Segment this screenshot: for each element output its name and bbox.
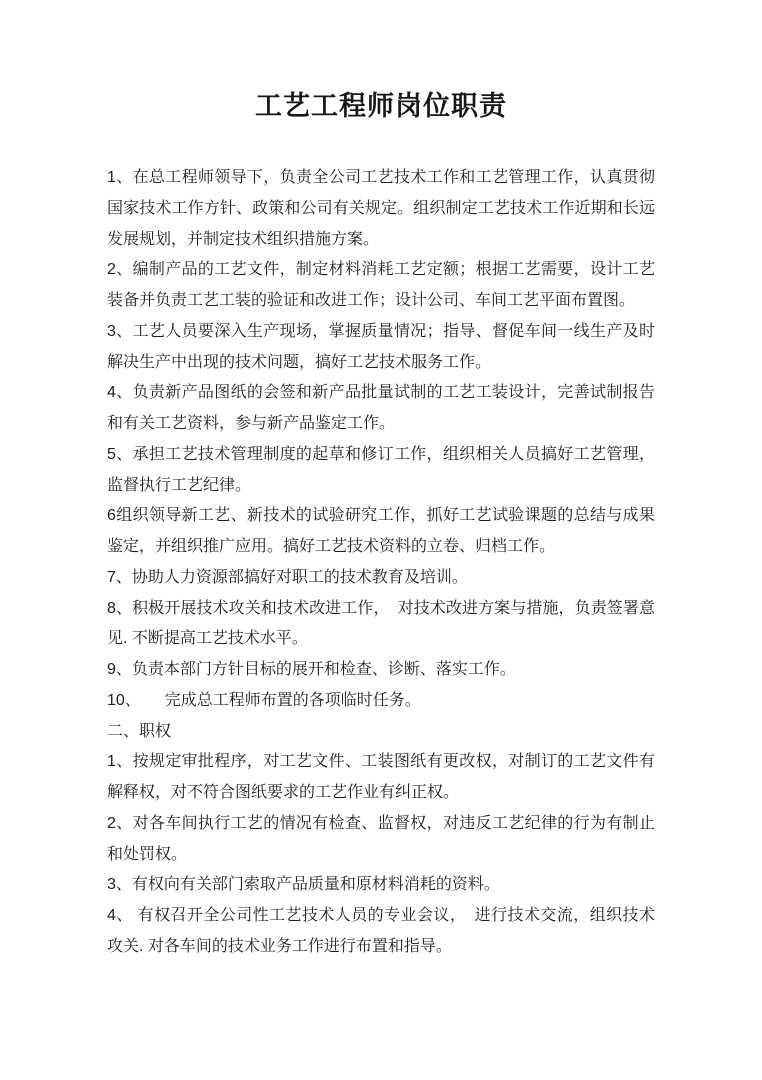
document-body: 1、在总工程师领导下，负责全公司工艺技术工作和工艺管理工作，认真贯彻国家技术工作… [107, 163, 655, 963]
paragraph-authority-3: 3、有权向有关部门索取产品质量和原材料消耗的资料。 [107, 870, 655, 901]
document-page: 工艺工程师岗位职责 1、在总工程师领导下，负责全公司工艺技术工作和工艺管理工作，… [0, 0, 762, 1080]
paragraph-duty-7: 7、协助人力资源部搞好对职工的技术教育及培训。 [107, 563, 655, 594]
section-heading-authority: 二、职权 [107, 717, 655, 748]
paragraph-duty-9: 9、负责本部门方针目标的展开和检查、诊断、落实工作。 [107, 655, 655, 686]
paragraph-authority-2: 2、对各车间执行工艺的情况有检查、监督权，对违反工艺纪律的行为有制止和处罚权。 [107, 809, 655, 871]
paragraph-authority-1: 1、按规定审批程序，对工艺文件、工装图纸有更改权，对制订的工艺文件有解释权，对不… [107, 747, 655, 809]
paragraph-duty-10: 10、 完成总工程师布置的各项临时任务。 [107, 686, 655, 717]
paragraph-duty-3: 3、工艺人员要深入生产现场，掌握质量情况；指导、督促车间一线生产及时解决生产中出… [107, 317, 655, 379]
paragraph-duty-2: 2、编制产品的工艺文件，制定材料消耗工艺定额；根据工艺需要，设计工艺装备并负责工… [107, 255, 655, 317]
paragraph-authority-4: 4、 有权召开全公司性工艺技术人员的专业会议， 进行技术交流，组织技术攻关. 对… [107, 901, 655, 963]
paragraph-duty-4: 4、负责新产品图纸的会签和新产品批量试制的工艺工装设计，完善试制报告和有关工艺资… [107, 378, 655, 440]
document-title: 工艺工程师岗位职责 [0, 0, 762, 124]
paragraph-duty-8: 8、积极开展技术攻关和技术改进工作， 对技术改进方案与措施，负责签署意见. 不断… [107, 594, 655, 656]
paragraph-duty-1: 1、在总工程师领导下，负责全公司工艺技术工作和工艺管理工作，认真贯彻国家技术工作… [107, 163, 655, 255]
paragraph-duty-6: 6组织领导新工艺、新技术的试验研究工作，抓好工艺试验课题的总结与成果鉴定，并组织… [107, 501, 655, 563]
paragraph-duty-5: 5、承担工艺技术管理制度的起草和修订工作，组织相关人员搞好工艺管理，监督执行工艺… [107, 440, 655, 502]
